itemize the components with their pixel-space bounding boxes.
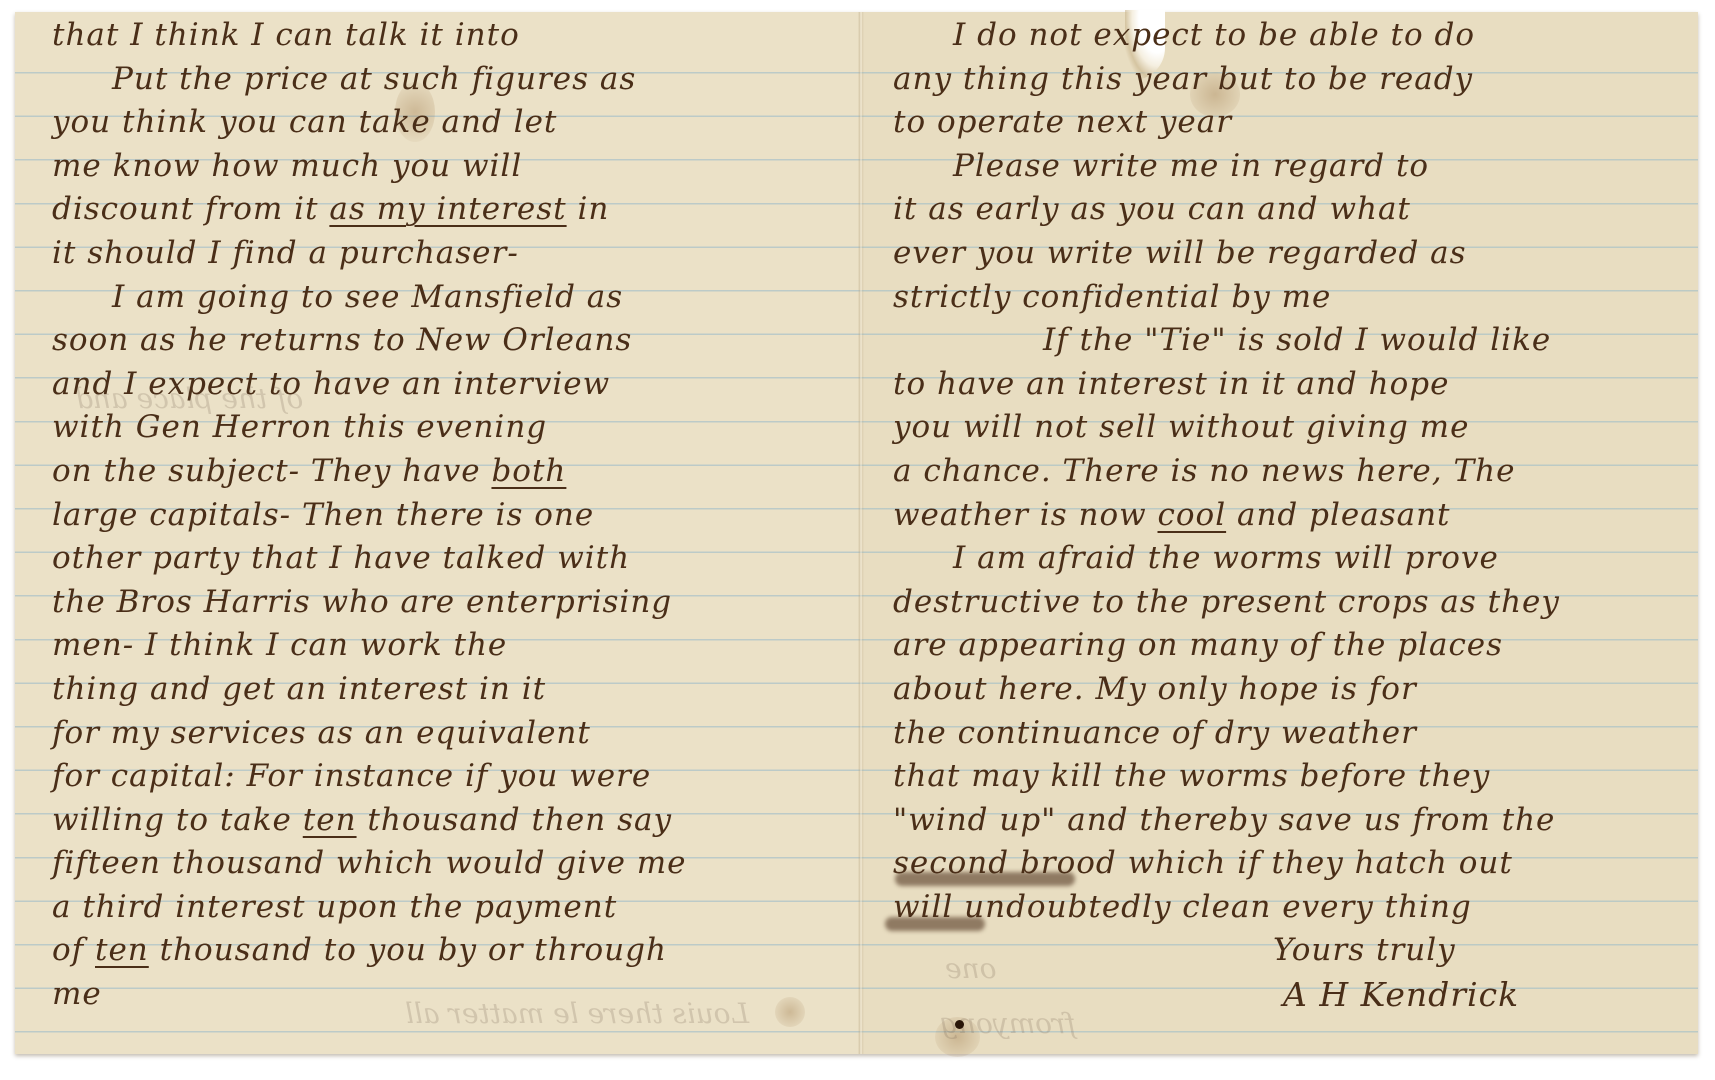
text-line: of ten thousand to you by or through	[52, 929, 842, 973]
text-line: about here. My only hope is for	[893, 668, 1693, 712]
underlined-text: ten	[303, 802, 357, 838]
text-line: men- I think I can work the	[52, 624, 842, 668]
text-line: to have an interest in it and hope	[893, 363, 1693, 407]
signature: A H Kendrick	[893, 973, 1693, 1017]
text-line: you think you can take and let	[52, 101, 842, 145]
text-line: strictly confidential by me	[893, 276, 1693, 320]
text-line: to operate next year	[893, 101, 1693, 145]
text-line: the continuance of dry weather	[893, 712, 1693, 756]
text-line: If the "Tie" is sold I would like	[893, 319, 1693, 363]
text-line: the Bros Harris who are enterprising	[52, 581, 842, 625]
text-line: fifteen thousand which would give me	[52, 842, 842, 886]
text-line: with Gen Herron this evening	[52, 406, 842, 450]
text-line: "wind up" and thereby save us from the	[893, 799, 1693, 843]
text-line: that may kill the worms before they	[893, 755, 1693, 799]
text-line: I am afraid the worms will prove	[893, 537, 1693, 581]
text-line: any thing this year but to be ready	[893, 58, 1693, 102]
text-line: me know how much you will	[52, 145, 842, 189]
text-line: Put the price at such figures as	[52, 58, 842, 102]
text-line: soon as he returns to New Orleans	[52, 319, 842, 363]
closing-text: Yours truly	[893, 929, 1693, 973]
text-line: for capital: For instance if you were	[52, 755, 842, 799]
text-line: me	[52, 973, 842, 1017]
text-line: that I think I can talk it into	[52, 14, 842, 58]
underlined-text: both	[491, 453, 566, 489]
letter-scan: Louis there le matter all of the place a…	[0, 0, 1715, 1080]
underlined-text: cool	[1158, 497, 1227, 533]
text-line: it as early as you can and what	[893, 188, 1693, 232]
text-line: thing and get an interest in it	[52, 668, 842, 712]
text-line: other party that I have talked with	[52, 537, 842, 581]
text-line: I am going to see Mansfield as	[52, 276, 842, 320]
text-line: Please write me in regard to	[893, 145, 1693, 189]
right-page-text: I do not expect to be able to do any thi…	[893, 14, 1693, 1017]
text-line: will undoubtedly clean every thing	[893, 886, 1693, 930]
text-line: on the subject- They have both	[52, 450, 842, 494]
left-page-text: that I think I can talk it into Put the …	[52, 14, 842, 1017]
text-line: destructive to the present crops as they	[893, 581, 1693, 625]
text-line: are appearing on many of the places	[893, 624, 1693, 668]
text-line: and I expect to have an interview	[52, 363, 842, 407]
text-line: you will not sell without giving me	[893, 406, 1693, 450]
underlined-text: as my interest	[329, 191, 566, 227]
text-line: large capitals- Then there is one	[52, 494, 842, 538]
text-line: weather is now cool and pleasant	[893, 494, 1693, 538]
text-line: it should I find a purchaser-	[52, 232, 842, 276]
text-line: ever you write will be regarded as	[893, 232, 1693, 276]
text-line: I do not expect to be able to do	[893, 14, 1693, 58]
ink-blot	[955, 1020, 964, 1029]
text-line: for my services as an equivalent	[52, 712, 842, 756]
text-line: willing to take ten thousand then say	[52, 799, 842, 843]
underlined-text: ten	[95, 932, 149, 968]
center-fold	[858, 12, 864, 1054]
text-line: discount from it as my interest in	[52, 188, 842, 232]
text-line: second brood which if they hatch out	[893, 842, 1693, 886]
text-line: a chance. There is no news here, The	[893, 450, 1693, 494]
text-line: a third interest upon the payment	[52, 886, 842, 930]
